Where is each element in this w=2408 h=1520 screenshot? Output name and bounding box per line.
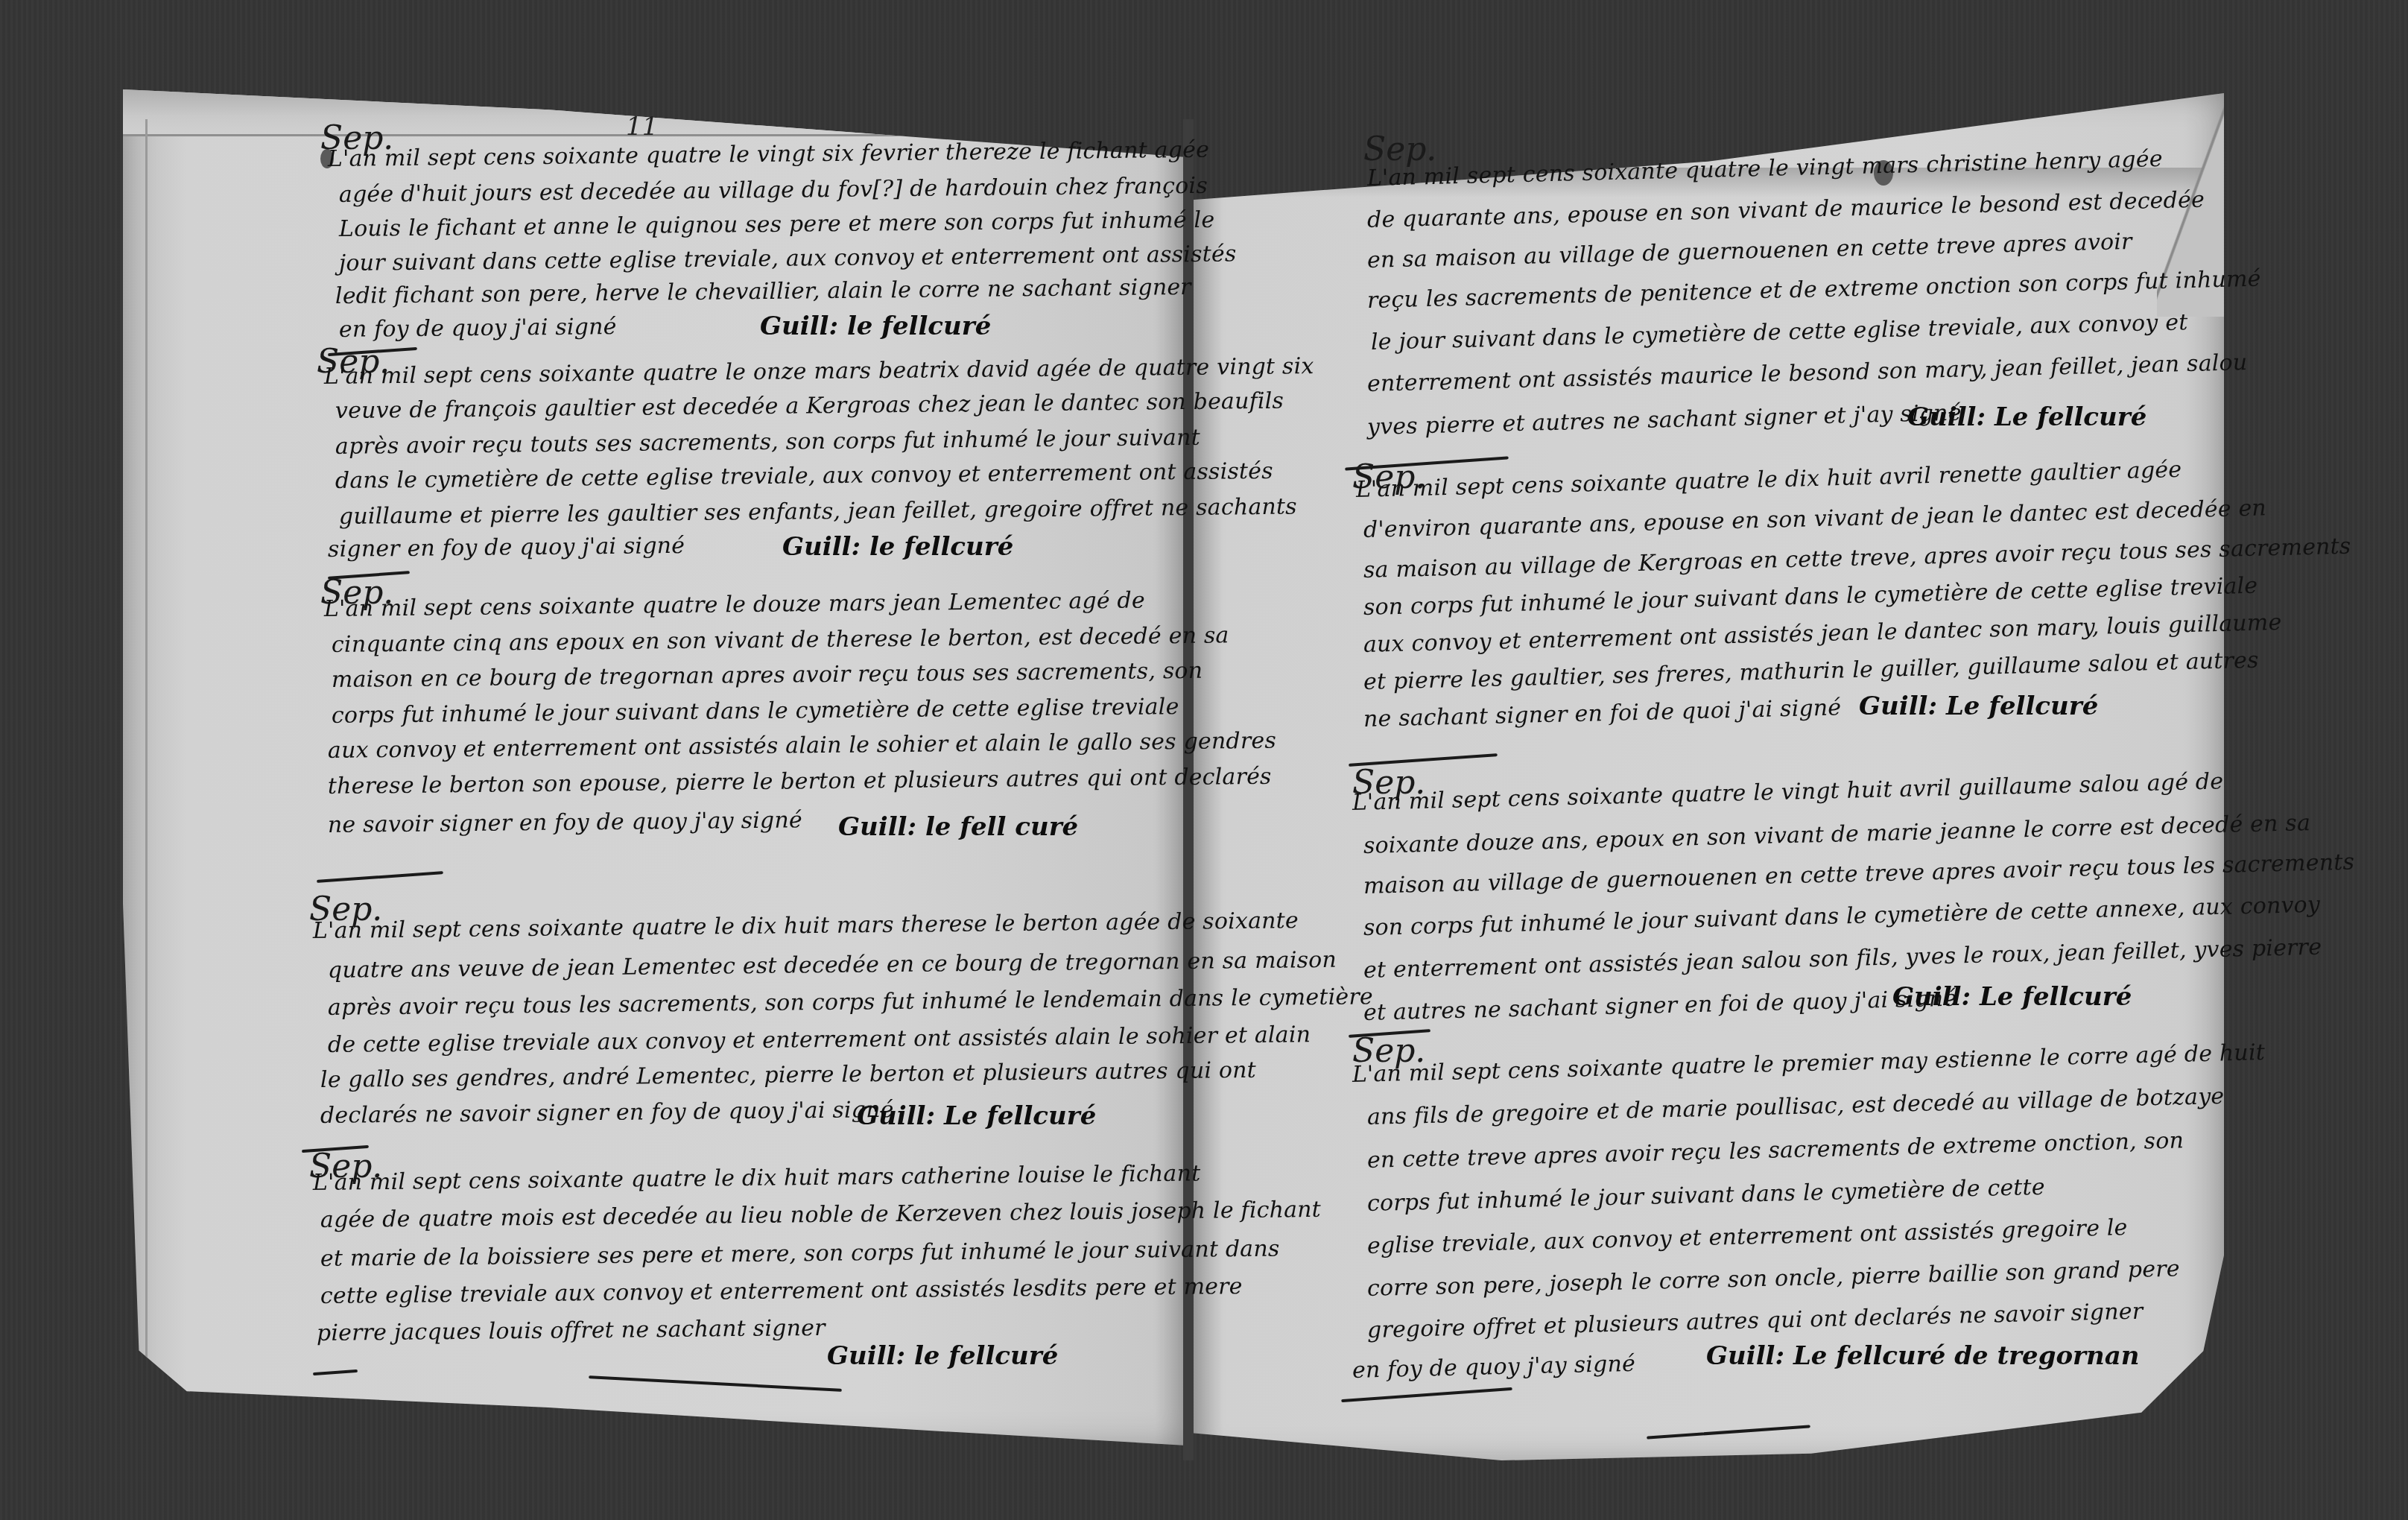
margin-annotation: Sep. — [1363, 130, 1436, 168]
page-edge — [145, 119, 148, 1367]
curate-signature: Guill: le fellcuré — [760, 311, 991, 341]
entry-line: ne savoir signer en foy de quoy j'ay sig… — [328, 807, 802, 838]
curate-signature: Guill: Le fellcuré — [1907, 402, 2146, 432]
curate-signature: Guill: le fellcuré — [827, 1341, 1058, 1371]
folio-number: 11 — [626, 112, 658, 142]
curate-signature: Guill: Le fellcuré de tregornan — [1706, 1341, 2140, 1371]
entry-line: pierre jacques louis offret ne sachant s… — [317, 1315, 826, 1346]
curate-signature: Guill: le fellcuré — [782, 532, 1013, 562]
curate-signature: Guill: Le fellcuré — [1859, 691, 2098, 721]
curate-signature: Guill: Le fellcuré — [857, 1101, 1096, 1131]
entry-line: en foy de quoy j'ai signé — [339, 314, 617, 343]
curate-signature: Guill: Le fellcuré — [1892, 982, 2132, 1012]
entry-line: signer en foy de quoy j'ai signé — [328, 533, 685, 563]
curate-signature: Guill: le fell curé — [838, 812, 1078, 842]
